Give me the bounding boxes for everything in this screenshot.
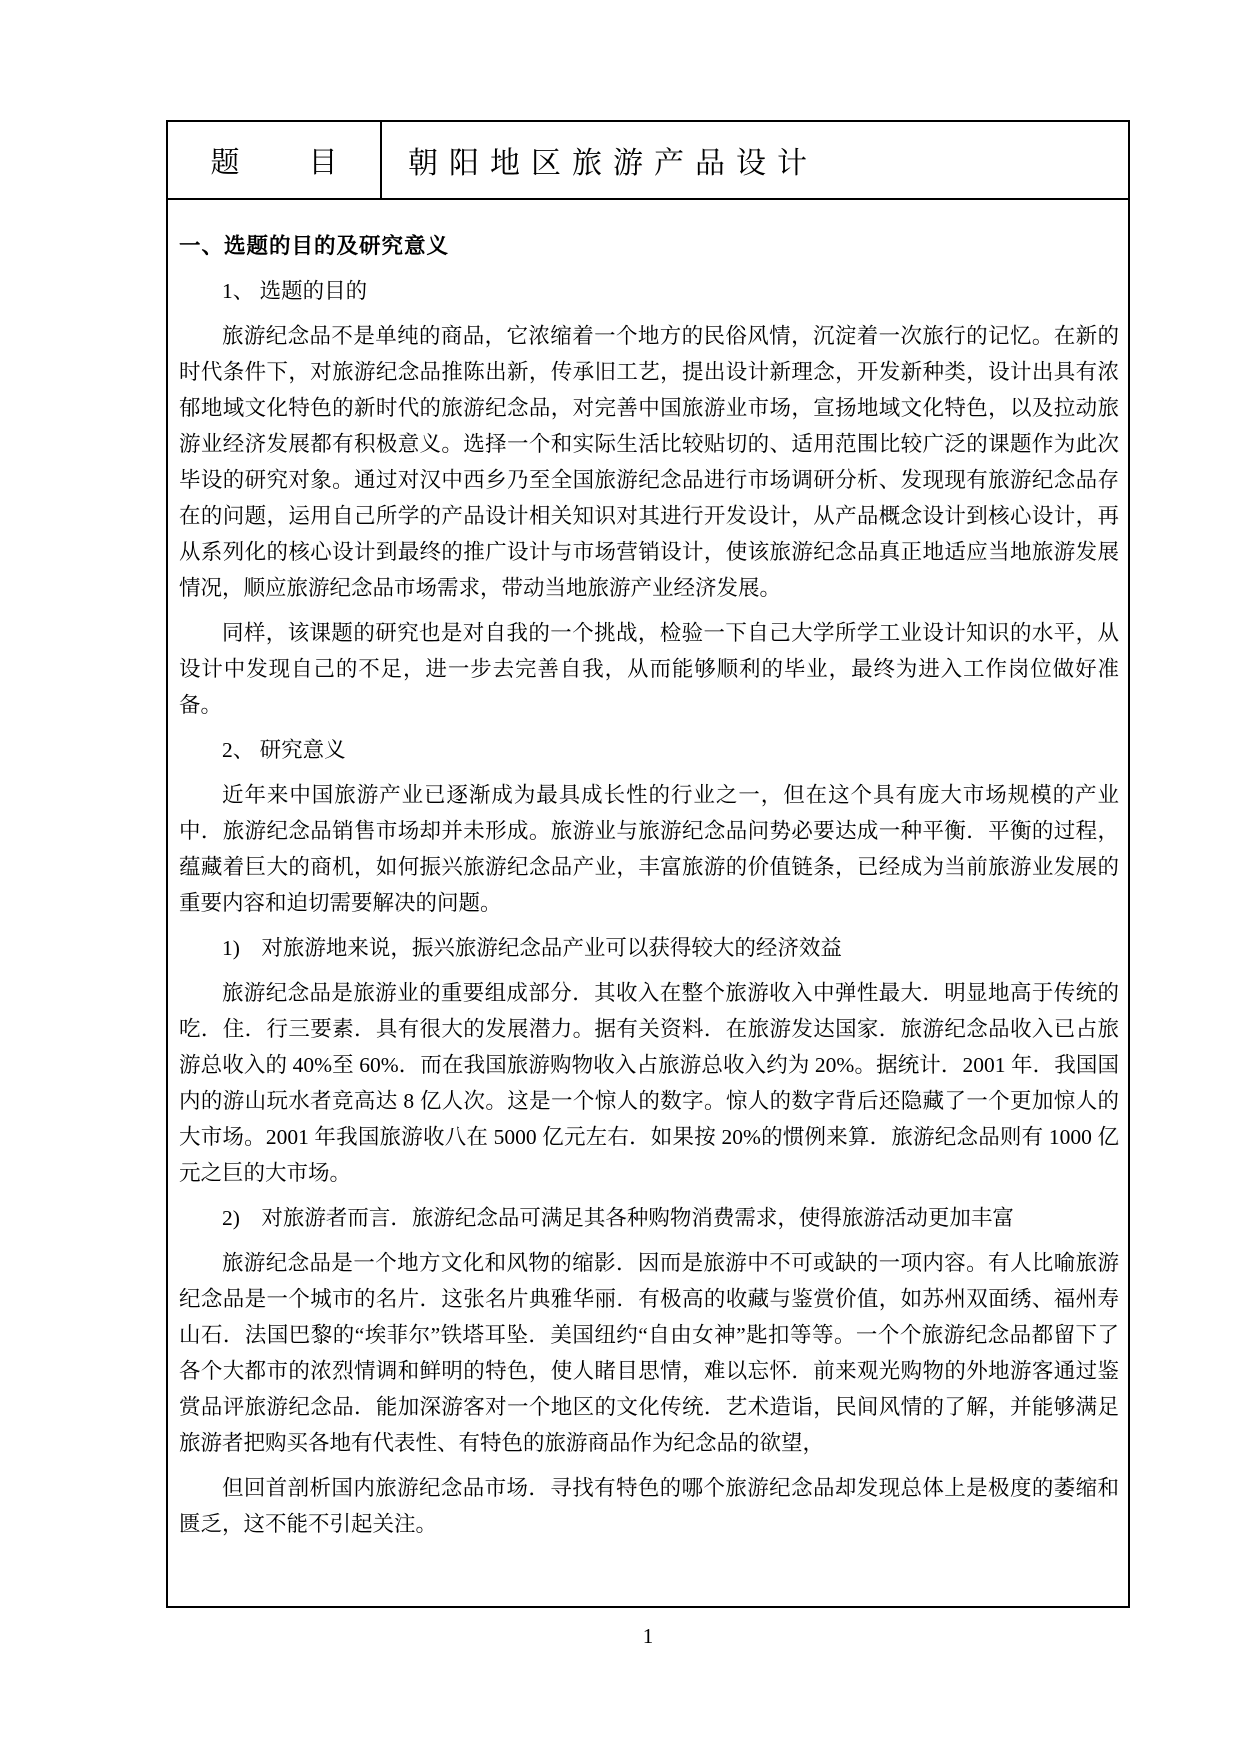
paragraph-purpose-2: 同样，该课题的研究也是对自我的一个挑战，检验一下自己大学所学工业设计知识的水平，… xyxy=(179,615,1119,723)
subsection-heading-1-2: 2、 研究意义 xyxy=(179,732,1119,768)
thesis-form-table: 题 目 朝阳地区旅游产品设计 一、选题的目的及研究意义1、 选题的目的旅游纪念品… xyxy=(166,120,1130,1608)
list-item-heading-2: 2) 对旅游者而言．旅游纪念品可满足其各种购物消费需求，使得旅游活动更加丰富 xyxy=(179,1200,1119,1236)
document-body: 一、选题的目的及研究意义1、 选题的目的旅游纪念品不是单纯的商品，它浓缩着一个地… xyxy=(168,200,1128,1542)
document-page: 题 目 朝阳地区旅游产品设计 一、选题的目的及研究意义1、 选题的目的旅游纪念品… xyxy=(0,0,1241,1754)
title-label-cell: 题 目 xyxy=(168,122,382,198)
list-item-heading-1: 1) 对旅游地来说，振兴旅游纪念品产业可以获得较大的经济效益 xyxy=(179,930,1119,966)
paragraph-tourist-demand: 旅游纪念品是一个地方文化和风物的缩影．因而是旅游中不可或缺的一项内容。有人比喻旅… xyxy=(179,1245,1119,1461)
title-field-label: 题 目 xyxy=(190,140,357,181)
paragraph-economic-benefit: 旅游纪念品是旅游业的重要组成部分．其收入在整个旅游收入中弹性最大．明显地高于传统… xyxy=(179,975,1119,1191)
paragraph-domestic-market: 但回首剖析国内旅游纪念品市场．寻找有特色的哪个旅游纪念品却发现总体上是极度的萎缩… xyxy=(179,1470,1119,1542)
paragraph-significance-intro: 近年来中国旅游产业已逐渐成为最具成长性的行业之一，但在这个具有庞大市场规模的产业… xyxy=(179,777,1119,921)
section-heading-1: 一、选题的目的及研究意义 xyxy=(179,228,1119,264)
subsection-heading-1-1: 1、 选题的目的 xyxy=(179,273,1119,309)
thesis-title: 朝阳地区旅游产品设计 xyxy=(408,138,818,182)
paragraph-purpose-1: 旅游纪念品不是单纯的商品，它浓缩着一个地方的民俗风情，沉淀着一次旅行的记忆。在新… xyxy=(179,318,1119,606)
title-header-row: 题 目 朝阳地区旅游产品设计 xyxy=(168,122,1128,200)
title-value-cell: 朝阳地区旅游产品设计 xyxy=(382,122,1128,198)
page-number: 1 xyxy=(166,1624,1130,1649)
